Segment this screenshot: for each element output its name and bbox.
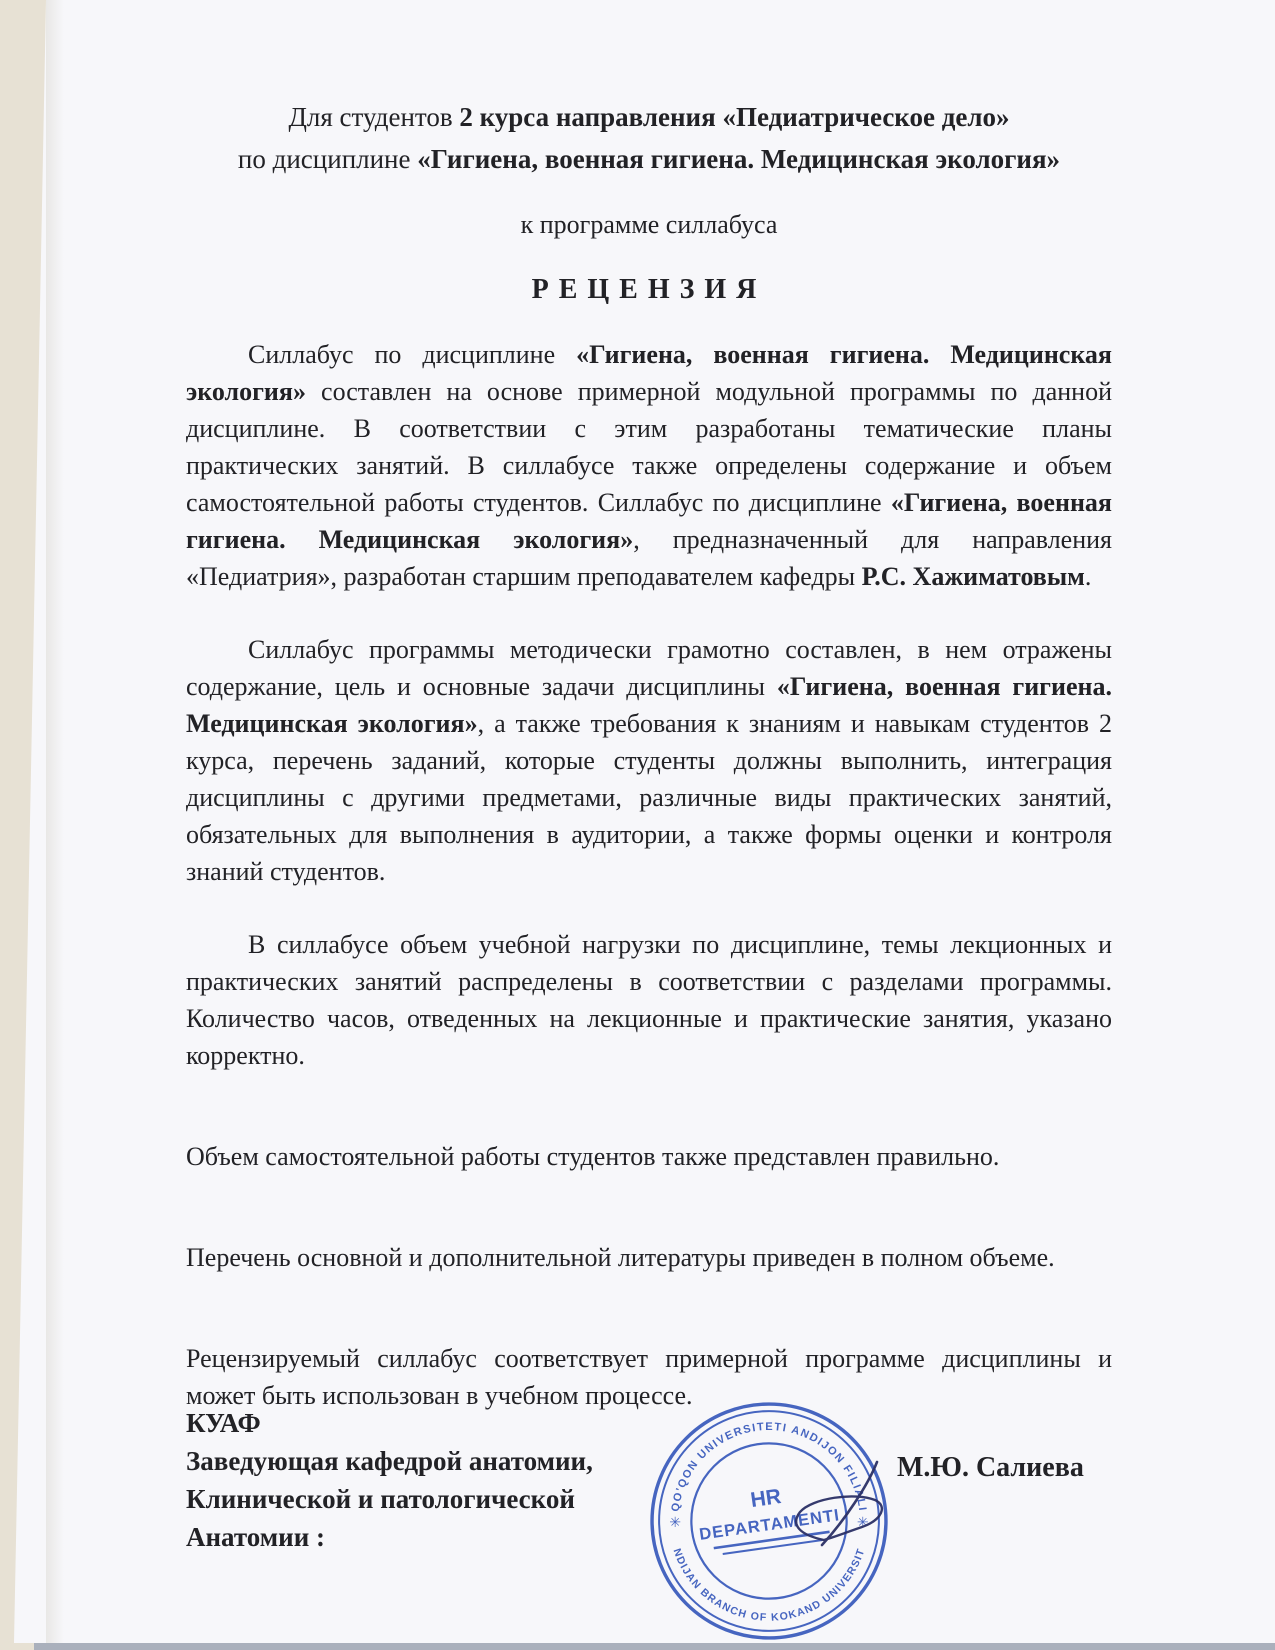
paragraph-5: Перечень основной и дополнительной литер… bbox=[186, 1239, 1112, 1276]
review-title: РЕЦЕНЗИЯ bbox=[186, 272, 1112, 308]
stamp-left-star-icon: ✳ bbox=[669, 1514, 681, 1530]
paragraph-3: В силлабусе объем учебной нагрузки по ди… bbox=[186, 926, 1112, 1074]
signature-stroke-loop bbox=[796, 1496, 882, 1540]
paragraph-4: Объем самостоятельной работы студентов т… bbox=[186, 1138, 1112, 1175]
page-edge-shadow bbox=[46, 0, 64, 1643]
scanned-review-document: { "document": { "header": { "line1": [ {… bbox=[0, 0, 1275, 1650]
signer-name: М.Ю. Салиева bbox=[897, 1452, 1084, 1484]
paragraph-2: Силлабус программы методически грамотно … bbox=[186, 631, 1112, 890]
document-subtitle: к программе силлабуса bbox=[186, 208, 1112, 242]
document-header: Для студентов 2 курса направления «Педиа… bbox=[186, 96, 1112, 180]
document-content: Для студентов 2 курса направления «Педиа… bbox=[186, 0, 1112, 1414]
paragraph-1: Силлабус по дисциплине «Гигиена, военная… bbox=[186, 336, 1112, 595]
scanner-edge-strip bbox=[34, 1642, 1275, 1650]
handwritten-signature bbox=[778, 1438, 902, 1556]
header-line-1: Для студентов 2 курса направления «Педиа… bbox=[186, 96, 1112, 138]
header-line-2: по дисциплине «Гигиена, военная гигиена.… bbox=[186, 138, 1112, 180]
document-page: Для студентов 2 курса направления «Педиа… bbox=[0, 0, 1275, 1650]
